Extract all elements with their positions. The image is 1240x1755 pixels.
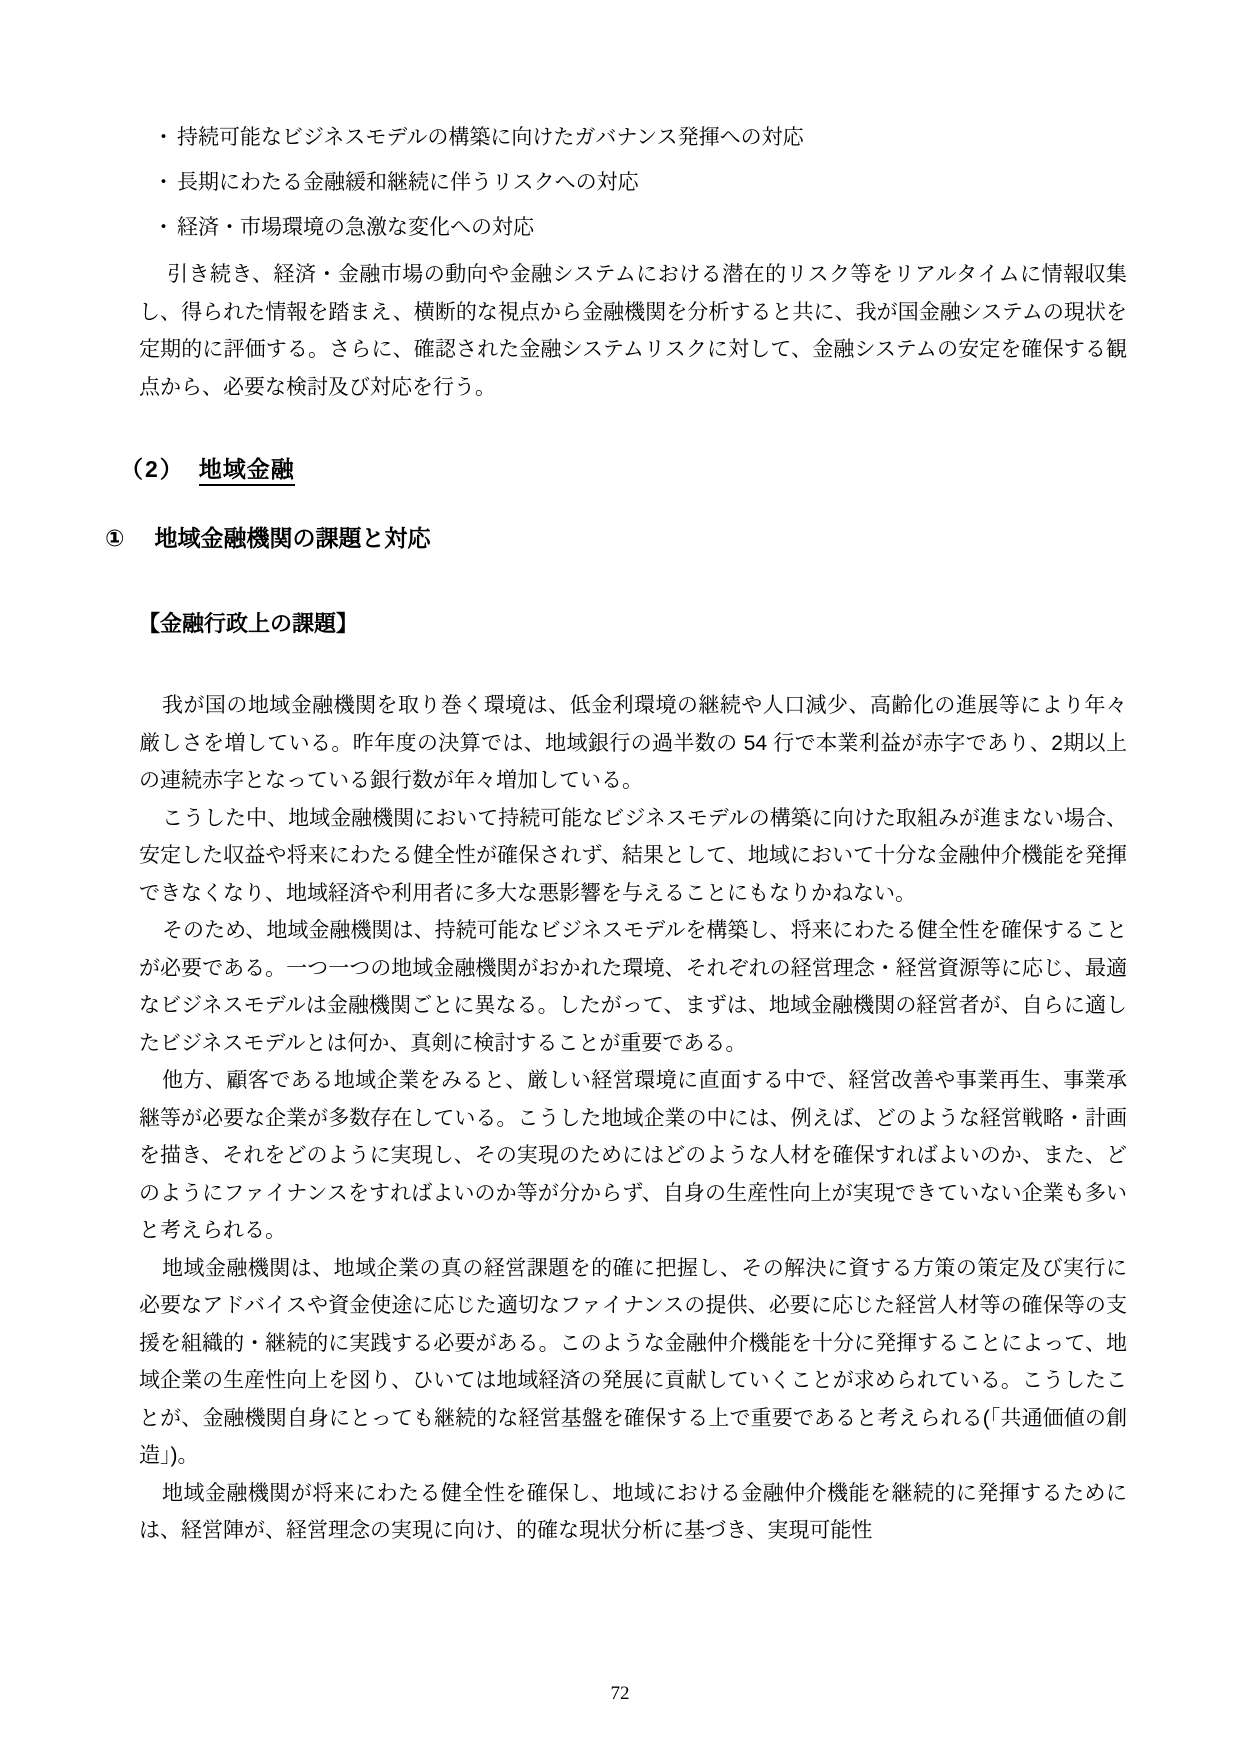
bullet-icon: ・ <box>153 205 177 250</box>
bullet-text: 経済・市場環境の急激な変化への対応 <box>177 205 534 250</box>
body-text: 我が国の地域金融機関を取り巻く環境は、低金利環境の継続や人口減少、高齢化の進展等… <box>139 687 1127 1550</box>
block-heading: 【金融行政上の課題】 <box>138 607 1240 641</box>
body-paragraph: 他方、顧客である地域企業をみると、厳しい経営環境に直面する中で、経営改善や事業再… <box>139 1062 1127 1250</box>
bullet-text: 持続可能なビジネスモデルの構築に向けたガバナンス発揮への対応 <box>177 115 804 160</box>
subsection-title: 地域金融機関の課題と対応 <box>154 525 430 551</box>
document-page: ・ 持続可能なビジネスモデルの構築に向けたガバナンス発揮への対応 ・ 長期にわた… <box>0 0 1240 1755</box>
section-number: （2） <box>120 456 185 482</box>
list-item: ・ 経済・市場環境の急激な変化への対応 <box>153 205 1127 250</box>
page-number: 72 <box>0 1683 1240 1705</box>
list-item: ・ 長期にわたる金融緩和継続に伴うリスクへの対応 <box>153 160 1127 205</box>
bullet-icon: ・ <box>153 160 177 205</box>
list-item: ・ 持続可能なビジネスモデルの構築に向けたガバナンス発揮への対応 <box>153 115 1127 160</box>
body-paragraph: こうした中、地域金融機関において持続可能なビジネスモデルの構築に向けた取組みが進… <box>139 800 1127 913</box>
subsection-heading: ①地域金融機関の課題と対応 <box>105 521 1240 555</box>
bullet-list: ・ 持続可能なビジネスモデルの構築に向けたガバナンス発揮への対応 ・ 長期にわた… <box>153 115 1127 250</box>
section-title: 地域金融 <box>199 456 295 486</box>
body-paragraph: そのため、地域金融機関は、持続可能なビジネスモデルを構築し、将来にわたる健全性を… <box>139 912 1127 1062</box>
body-paragraph: 我が国の地域金融機関を取り巻く環境は、低金利環境の継続や人口減少、高齢化の進展等… <box>139 687 1127 800</box>
body-paragraph: 地域金融機関は、地域企業の真の経営課題を的確に把握し、その解決に資する方策の策定… <box>139 1250 1127 1475</box>
subsection-number-icon: ① <box>105 525 124 551</box>
intro-paragraph: 引き続き、経済・金融市場の動向や金融システムにおける潜在的リスク等をリアルタイム… <box>139 256 1127 406</box>
bullet-icon: ・ <box>153 115 177 160</box>
bullet-text: 長期にわたる金融緩和継続に伴うリスクへの対応 <box>177 160 639 205</box>
section-heading: （2）地域金融 <box>120 452 1240 486</box>
body-paragraph: 地域金融機関が将来にわたる健全性を確保し、地域における金融仲介機能を継続的に発揮… <box>139 1475 1127 1550</box>
